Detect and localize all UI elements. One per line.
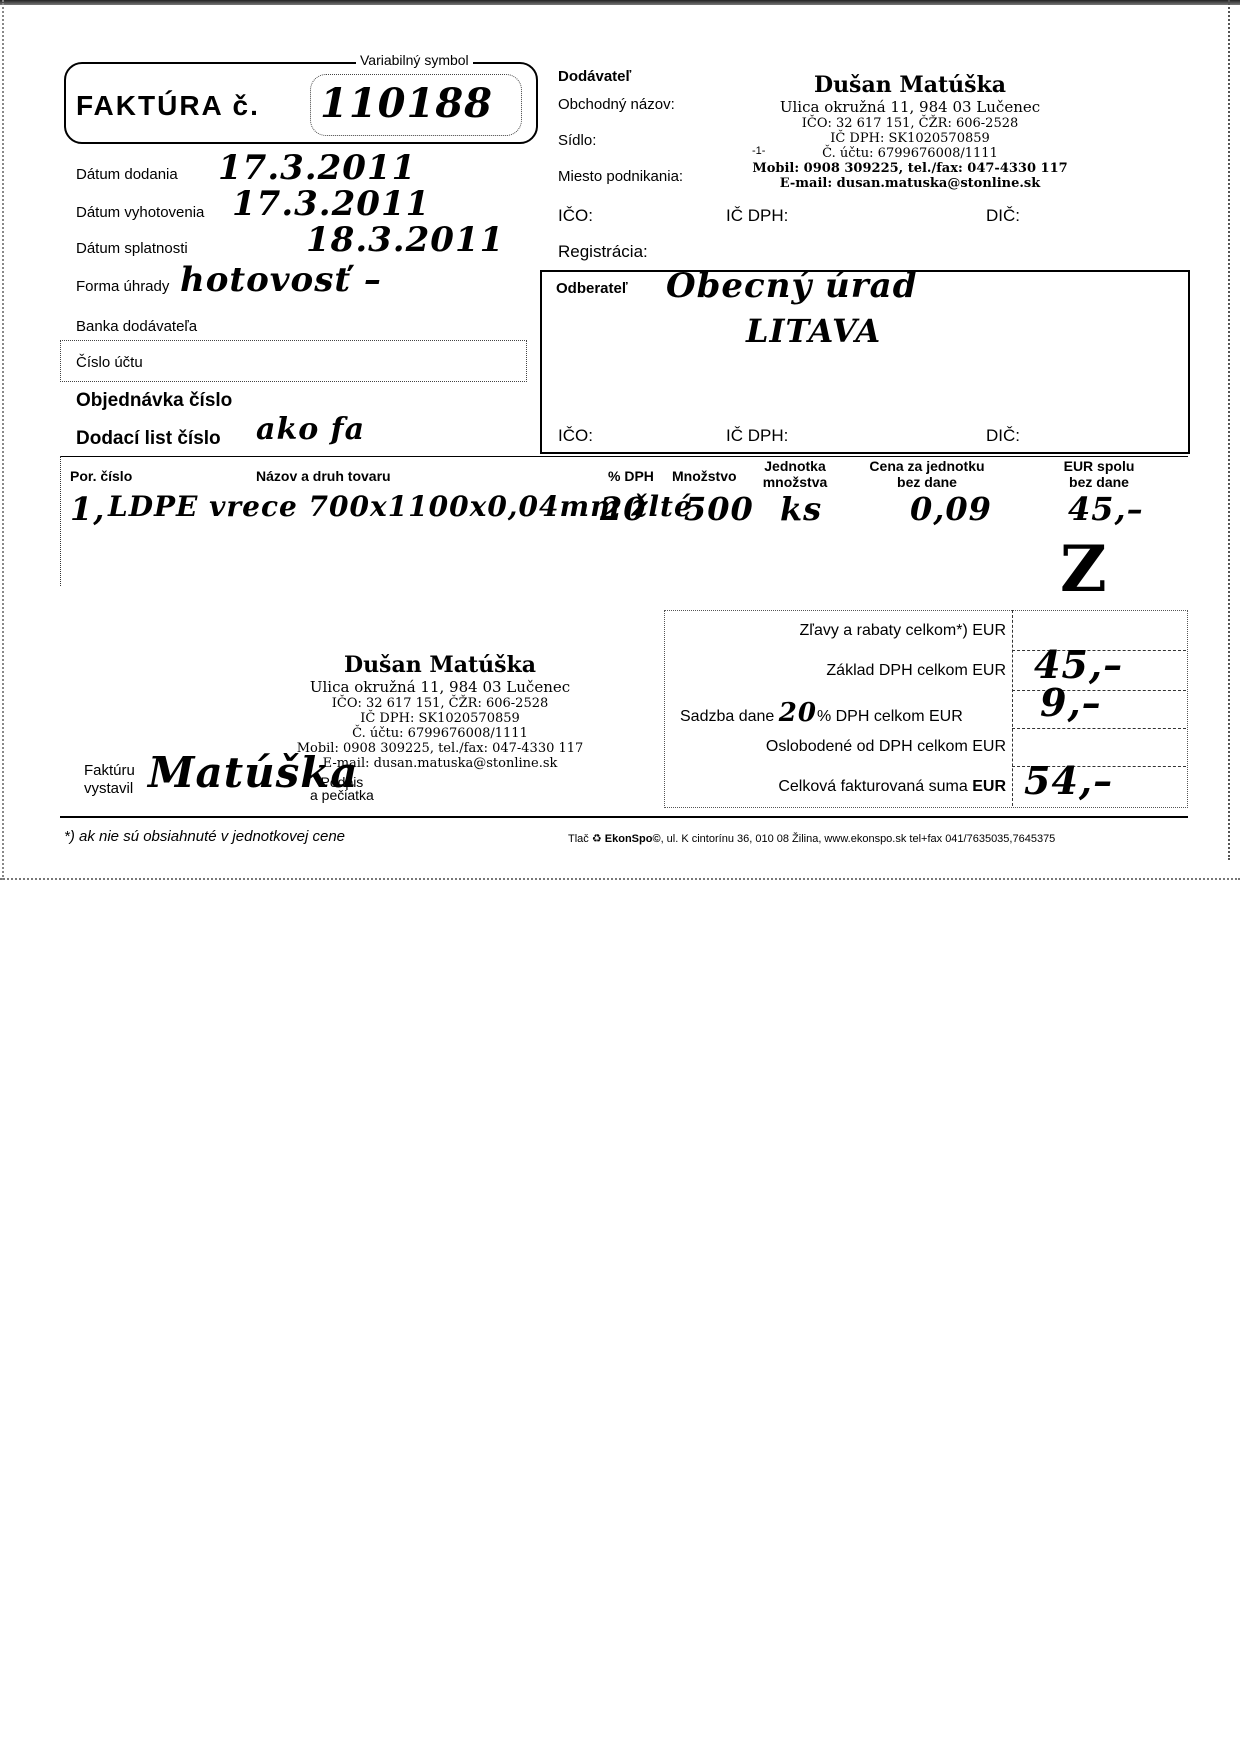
col-header-number: Por. číslo xyxy=(70,468,132,484)
totals-divider xyxy=(1012,610,1013,806)
stamp-address: Ulica okružná 11, 984 03 Lučenec xyxy=(730,98,1090,116)
discounts-label: Zľavy a rabaty celkom*) EUR xyxy=(666,622,1006,640)
vat-rate-suffix: % DPH celkom EUR xyxy=(817,708,963,725)
grand-total-label-row: Celková fakturovaná suma EUR xyxy=(666,778,1006,796)
variable-symbol-label: Variabilný symbol xyxy=(356,52,473,68)
delivery-note-value: ako fa xyxy=(256,412,365,447)
col-header-quantity: Množstvo xyxy=(672,468,737,484)
stamp-phone: Mobil: 0908 309225, tel./fax: 047-4330 1… xyxy=(730,161,1090,176)
stamp-icdph: IČ DPH: SK1020570859 xyxy=(730,131,1090,146)
vat-base-label: Základ DPH celkom EUR xyxy=(666,662,1006,680)
item-unit-price: 0,09 xyxy=(910,490,992,528)
vat-rate-row: Sadzba dane 20% DPH celkom EUR xyxy=(680,698,963,728)
vat-exempt-label: Oslobodené od DPH celkom EUR xyxy=(666,738,1006,756)
customer-name-line2: LITAVA xyxy=(746,312,881,350)
stamp-address: Ulica okružná 11, 984 03 Lučenec xyxy=(270,678,610,696)
delivery-date-label: Dátum dodania xyxy=(76,166,178,183)
vat-amount-value: 9,– xyxy=(1040,680,1102,725)
payment-method-label: Forma úhrady xyxy=(76,278,169,295)
items-top-border xyxy=(60,456,1188,457)
supplier-icdph-label: IČ DPH: xyxy=(726,206,788,226)
item-vat: 20 xyxy=(600,490,647,528)
scan-edge-right xyxy=(1228,0,1230,860)
scan-edge-left xyxy=(2,0,4,880)
grand-total-value: 54,– xyxy=(1024,758,1113,803)
grand-total-label: Celková fakturovaná suma xyxy=(778,778,967,795)
issue-date-value: 17.3.2011 xyxy=(232,184,430,224)
printer-prefix: Tlač xyxy=(568,833,589,845)
issued-by-label-2: vystavil xyxy=(84,780,135,798)
due-date-value: 18.3.2011 xyxy=(306,220,504,260)
stamp-company-name: Dušan Matúška xyxy=(730,72,1090,98)
stamp-icdph: IČ DPH: SK1020570859 xyxy=(270,711,610,726)
col-header-total: EUR spolu bez dane xyxy=(1054,458,1144,490)
business-place-label: Miesto podnikania: xyxy=(558,168,683,185)
stamp-account: Č. účtu: 6799676008/1111 xyxy=(730,146,1090,161)
stamp-ico: IČO: 32 617 151, ČŽR: 606-2528 xyxy=(730,116,1090,131)
scan-edge-top xyxy=(0,0,1240,5)
stamp-mark: -1- xyxy=(752,145,765,157)
issue-date-label: Dátum vyhotovenia xyxy=(76,204,204,221)
seat-label: Sídlo: xyxy=(558,132,596,149)
stamp-account: Č. účtu: 6799676008/1111 xyxy=(270,726,610,741)
delivery-date-value: 17.3.2011 xyxy=(218,148,416,188)
printer-logo-icon: ♻ xyxy=(592,833,602,845)
vat-rate-value: 20 xyxy=(779,698,817,728)
supplier-section-label: Dodávateľ xyxy=(558,68,631,85)
customer-section-label: Odberateľ xyxy=(556,280,628,297)
strike-mark: Z xyxy=(1060,532,1108,607)
printer-info: Tlač ♻ EkonSpo©, ul. K cintorínu 36, 010… xyxy=(568,832,1055,845)
col-header-unit-price: Cena za jednotku bez dane xyxy=(862,458,992,490)
totals-row-line xyxy=(1012,728,1186,729)
invoice-number: 110188 xyxy=(320,80,493,127)
footnote: *) ak nie sú obsiahnuté v jednotkovej ce… xyxy=(64,828,345,845)
stamp-email: E-mail: dusan.matuska@stonline.sk xyxy=(730,176,1090,191)
invoice-title: FAKTÚRA č. xyxy=(76,90,260,122)
supplier-bank-label: Banka dodávateľa xyxy=(76,318,197,335)
order-number-label: Objednávka číslo xyxy=(76,390,232,412)
col-header-description: Názov a druh tovaru xyxy=(256,468,391,484)
printer-brand: EkonSpo© xyxy=(605,833,661,845)
delivery-note-label: Dodací list číslo xyxy=(76,428,221,450)
supplier-ico-label: IČO: xyxy=(558,206,593,226)
supplier-stamp: Dušan Matúška Ulica okružná 11, 984 03 L… xyxy=(730,72,1090,191)
payment-method-value: hotovosť – xyxy=(180,260,382,300)
grand-total-currency: EUR xyxy=(972,778,1006,795)
stamp-company-name: Dušan Matúška xyxy=(270,652,610,678)
customer-icdph-label: IČ DPH: xyxy=(726,426,788,446)
issued-by-label-1: Faktúru xyxy=(84,762,135,780)
perforation-line xyxy=(0,878,1240,880)
account-number-label: Číslo účtu xyxy=(76,354,143,371)
col-header-vat: % DPH xyxy=(608,468,654,484)
stamp-ico: IČO: 32 617 151, ČŽR: 606-2528 xyxy=(270,696,610,711)
item-unit: ks xyxy=(780,490,822,528)
col-header-unit: Jednotka množstva xyxy=(760,458,830,490)
vat-rate-prefix: Sadzba dane xyxy=(680,708,774,725)
items-left-border xyxy=(60,456,61,586)
item-total: 45,– xyxy=(1068,490,1144,528)
trade-name-label: Obchodný názov: xyxy=(558,96,675,113)
issued-by-signature: Matúška xyxy=(148,748,359,797)
issued-by-label: Faktúru vystavil xyxy=(84,762,135,798)
registration-label: Registrácia: xyxy=(558,242,648,262)
signature-line xyxy=(60,816,1188,818)
due-date-label: Dátum splatnosti xyxy=(76,240,188,257)
item-number: 1, xyxy=(70,490,105,528)
customer-dic-label: DIČ: xyxy=(986,426,1020,446)
supplier-dic-label: DIČ: xyxy=(986,206,1020,226)
printer-details: , ul. K cintorínu 36, 010 08 Žilina, www… xyxy=(661,833,1056,845)
item-quantity: 500 xyxy=(684,490,754,528)
customer-ico-label: IČO: xyxy=(558,426,593,446)
customer-name-line1: Obecný úrad xyxy=(666,266,917,306)
